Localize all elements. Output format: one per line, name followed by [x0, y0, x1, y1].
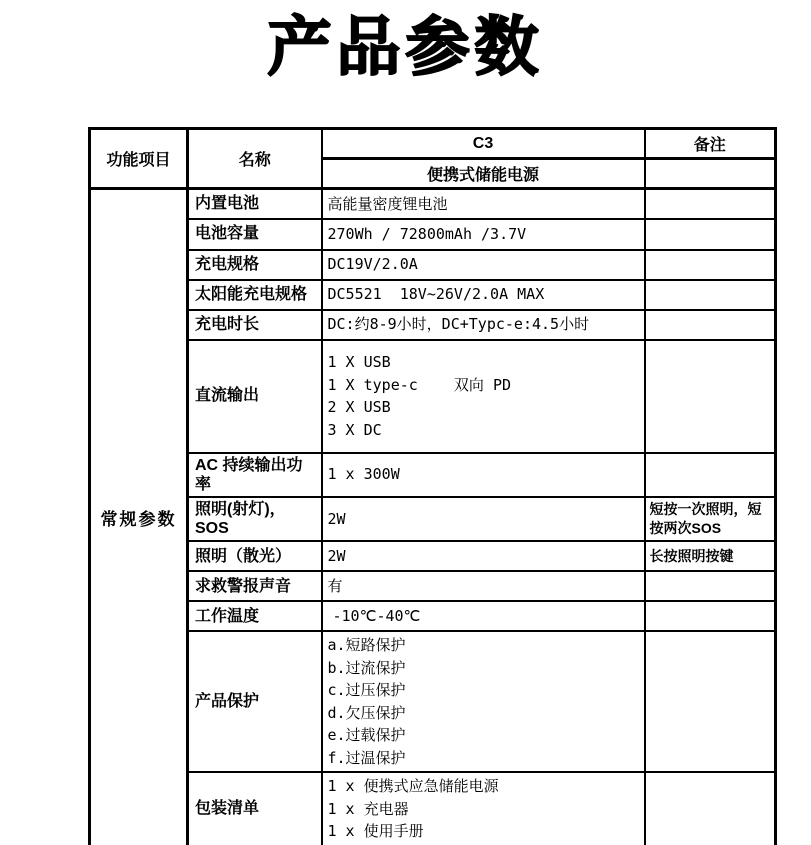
spec-value: 1 x 便携式应急储能电源 1 x 充电器 1 x 使用手册: [322, 772, 645, 845]
spec-remark: [645, 189, 776, 219]
spec-label: 包装清单: [188, 772, 322, 845]
table-row: 直流输出 1 X USB 1 X type-c 双向 PD 2 X USB 3 …: [90, 340, 776, 453]
spec-label: 照明(射灯)，SOS: [188, 497, 322, 541]
spec-remark: [645, 601, 776, 631]
spec-label: 内置电池: [188, 189, 322, 219]
header-model: C3: [322, 129, 645, 159]
spec-remark: [645, 310, 776, 340]
spec-label: 产品保护: [188, 631, 322, 772]
spec-table: 功能项目 名称 C3 备注 便携式储能电源 常规参数 内置电池 高能量密度锂电池…: [88, 127, 777, 845]
spec-label: 工作温度: [188, 601, 322, 631]
table-row: 求救警报声音 有: [90, 571, 776, 601]
table-row: 工作温度 -10℃-40℃: [90, 601, 776, 631]
spec-value: a.短路保护 b.过流保护 c.过压保护 d.欠压保护 e.过载保护 f.过温保…: [322, 631, 645, 772]
spec-remark: [645, 340, 776, 453]
spec-remark: 长按照明按键: [645, 541, 776, 571]
spec-value: DC5521 18V~26V/2.0A MAX: [322, 280, 645, 310]
spec-label: 充电规格: [188, 250, 322, 280]
table-row: 充电时长 DC:约8-9小时，DC+Typc-e:4.5小时: [90, 310, 776, 340]
table-row: 太阳能充电规格 DC5521 18V~26V/2.0A MAX: [90, 280, 776, 310]
header-row-1: 功能项目 名称 C3 备注: [90, 129, 776, 159]
spec-value: 270Wh / 72800mAh /3.7V: [322, 219, 645, 250]
header-model-subtitle: 便携式储能电源: [322, 159, 645, 189]
spec-label: 求救警报声音: [188, 571, 322, 601]
spec-label: 太阳能充电规格: [188, 280, 322, 310]
table-row: 产品保护 a.短路保护 b.过流保护 c.过压保护 d.欠压保护 e.过载保护 …: [90, 631, 776, 772]
table-row: 充电规格 DC19V/2.0A: [90, 250, 776, 280]
spec-remark: [645, 631, 776, 772]
spec-label: 照明（散光）: [188, 541, 322, 571]
spec-value: 有: [322, 571, 645, 601]
spec-remark: [645, 453, 776, 497]
spec-label: 充电时长: [188, 310, 322, 340]
spec-value: 2W: [322, 541, 645, 571]
header-function-item: 功能项目: [90, 129, 188, 189]
header-name: 名称: [188, 129, 322, 189]
spec-label: AC 持续输出功率: [188, 453, 322, 497]
spec-remark: [645, 219, 776, 250]
spec-value: 1 X USB 1 X type-c 双向 PD 2 X USB 3 X DC: [322, 340, 645, 453]
table-row: AC 持续输出功率 1 x 300W: [90, 453, 776, 497]
spec-value: 2W: [322, 497, 645, 541]
page-title: 产品参数: [0, 12, 811, 86]
spec-remark: [645, 571, 776, 601]
spec-remark: [645, 280, 776, 310]
spec-label: 直流输出: [188, 340, 322, 453]
spec-value: 高能量密度锂电池: [322, 189, 645, 219]
spec-label: 电池容量: [188, 219, 322, 250]
header-remark: 备注: [645, 129, 776, 159]
spec-remark: 短按一次照明，短按两次SOS: [645, 497, 776, 541]
spec-value: 1 x 300W: [322, 453, 645, 497]
spec-value: DC:约8-9小时，DC+Typc-e:4.5小时: [322, 310, 645, 340]
spec-remark: [645, 772, 776, 845]
table-row: 包装清单 1 x 便携式应急储能电源 1 x 充电器 1 x 使用手册: [90, 772, 776, 845]
table-row: 常规参数 内置电池 高能量密度锂电池: [90, 189, 776, 219]
spec-remark: [645, 250, 776, 280]
spec-value: DC19V/2.0A: [322, 250, 645, 280]
group-label: 常规参数: [90, 189, 188, 845]
product-spec-page: { "page": { "title": "产品参数", "background…: [0, 0, 811, 845]
table-row: 照明(射灯)，SOS 2W 短按一次照明，短按两次SOS: [90, 497, 776, 541]
table-row: 照明（散光） 2W 长按照明按键: [90, 541, 776, 571]
spec-value: -10℃-40℃: [322, 601, 645, 631]
header-remark-empty-cell: [645, 159, 776, 189]
table-row: 电池容量 270Wh / 72800mAh /3.7V: [90, 219, 776, 250]
